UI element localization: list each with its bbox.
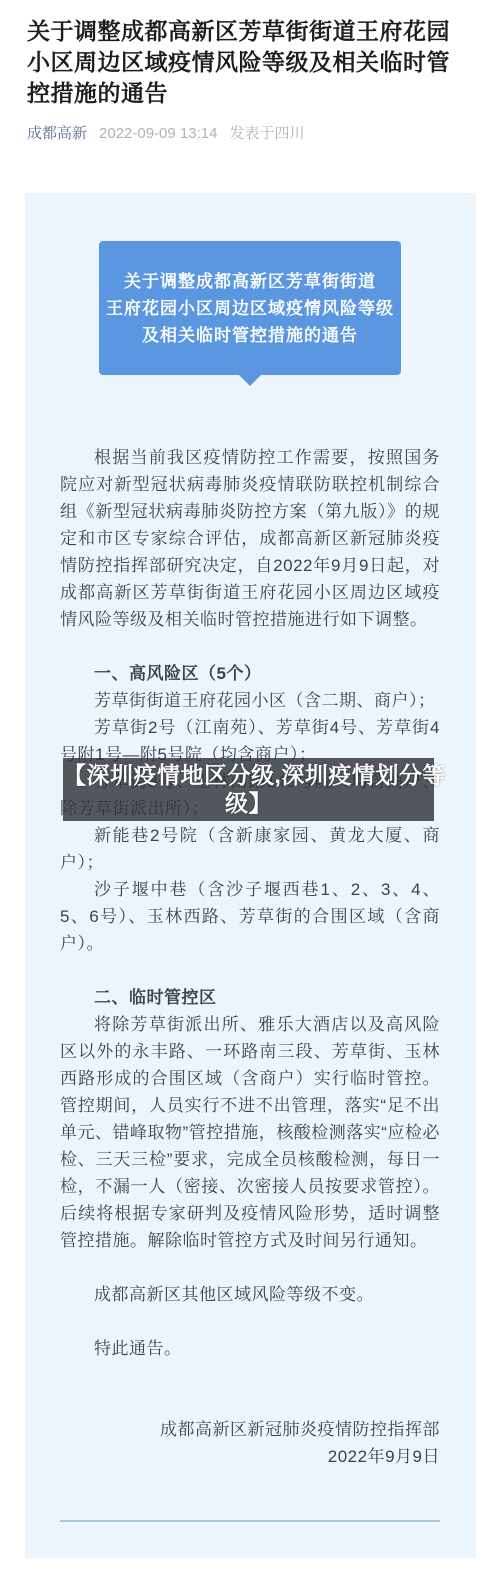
paragraph-other-note: 成都高新区其他区域风险等级不变。	[60, 1281, 440, 1308]
publish-location: 发表于四川	[229, 125, 304, 142]
article-title: 关于调整成都高新区芳草街街道王府花园小区周边区域疫情风险等级及相关临时管控措施的…	[27, 16, 472, 109]
banner-line: 王府花园小区周边区域疫情风险等级	[106, 295, 394, 322]
paragraph-closing: 特此通告。	[60, 1335, 440, 1362]
paragraph-intro: 根据当前我区疫情防控工作需要，按照国务院应对新型冠状病毒肺炎疫情联防联控机制综合…	[60, 444, 440, 633]
banner-line: 关于调整成都高新区芳草街街道	[124, 268, 376, 295]
signature-date: 2022年9月9日	[60, 1443, 440, 1470]
watermark-text-line: 【深圳疫情地区分级,深圳疫情划分等	[63, 761, 434, 789]
paragraph-control-measures: 将除芳草街派出所、雅乐大酒店以及高风险区以外的永丰路、一环路南三段、芳草街、玉林…	[60, 1011, 440, 1254]
signature-issuer: 成都高新区新冠肺炎疫情防控指挥部	[60, 1416, 440, 1443]
risk-area-item: 沙子堰中巷（含沙子堰西巷1、2、3、4、5、6号）、玉林西路、芳草街的合围区域（…	[60, 876, 440, 957]
article-header: 关于调整成都高新区芳草街街道王府花园小区周边区域疫情风险等级及相关临时管控措施的…	[0, 0, 500, 144]
article-page: 关于调整成都高新区芳草街街道王府花园小区周边区域疫情风险等级及相关临时管控措施的…	[0, 0, 500, 1575]
notice-body: 根据当前我区疫情防控工作需要，按照国务院应对新型冠状病毒肺炎疫情联防联控机制综合…	[60, 444, 440, 1522]
section1-heading: 一、高风险区（5个）	[60, 660, 440, 687]
risk-area-item: 新能巷2号院（含新康家园、黄龙大厦、商户）；	[60, 822, 440, 876]
notice-banner: 关于调整成都高新区芳草街街道 王府花园小区周边区域疫情风险等级 及相关临时管控措…	[99, 241, 401, 375]
article-meta: 成都高新2022-09-09 13:14发表于四川	[27, 124, 472, 144]
account-name-link[interactable]: 成都高新	[27, 125, 87, 142]
banner-pointer-triangle	[239, 375, 261, 386]
banner-line: 及相关临时管控措施的通告	[142, 322, 358, 349]
watermark-text-line: 级】	[63, 789, 434, 817]
risk-area-item: 芳草街街道王府花园小区（含二期、商户）；	[60, 687, 440, 714]
publish-timestamp: 2022-09-09 13:14	[99, 125, 217, 142]
notice-card: 关于调整成都高新区芳草街街道 王府花园小区周边区域疫情风险等级 及相关临时管控措…	[25, 193, 476, 1558]
section2-heading: 二、临时管控区	[60, 984, 440, 1011]
footer-divider	[60, 1520, 440, 1522]
watermark-overlay: 【深圳疫情地区分级,深圳疫情划分等 级】	[63, 758, 434, 821]
